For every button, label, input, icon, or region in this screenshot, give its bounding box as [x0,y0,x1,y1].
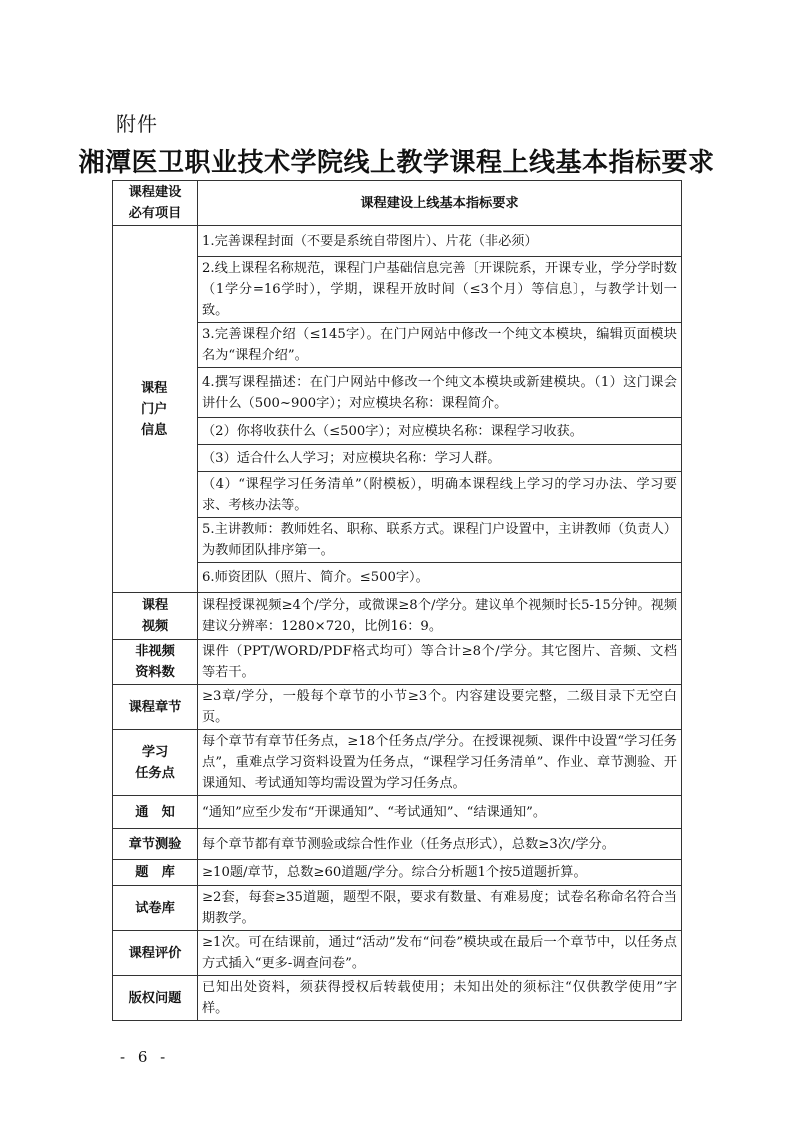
item-line: 学习 [117,742,193,763]
item-cell-question-bank: 题 库 [113,860,198,886]
item-line: 任务点 [117,763,193,784]
item-line: 非视频 [117,641,193,662]
requirement-cell: ≥10题/章节，总数≥60道题/学分。综合分析题1个按5道题折算。 [198,860,682,886]
item-line: 通 知 [117,802,193,823]
table-row: 非视频 资料数 课件（PPT/WORD/PDF格式均可）等合计≥8个/学分。其它… [113,640,682,685]
requirement-cell: 2.线上课程名称规范，课程门户基础信息完善〔开课院系，开课专业，学分学时数（1学… [198,257,682,323]
table-row: 4.撰写课程描述：在门户网站中修改一个纯文本模块或新建模块。（1）这门课会讲什么… [113,368,682,418]
requirement-cell: （2）你将收获什么（≤500字）；对应模块名称：课程学习收获。 [198,418,682,445]
item-line: 版权问题 [117,988,193,1009]
item-line: 课程章节 [117,697,193,718]
table-row: 学习 任务点 每个章节有章节任务点，≥18个任务点/学分。在授课视频、课件中设置… [113,730,682,796]
item-line: 章节测验 [117,834,193,855]
header-item-column: 课程建设 必有项目 [113,181,198,226]
table-row: 6.师资团队（照片、简介。≤500字）。 [113,563,682,593]
item-cell-chapters: 课程章节 [113,685,198,730]
table-header-row: 课程建设 必有项目 课程建设上线基本指标要求 [113,181,682,226]
requirement-cell: ≥3章/学分，一般每个章节的小节≥3个。内容建设要完整，二级目录下无空白页。 [198,685,682,730]
table-row: 5.主讲教师：教师姓名、职称、联系方式。课程门户设置中，主讲教师（负责人）为教师… [113,518,682,563]
item-line: 试卷库 [117,898,193,919]
requirement-cell: 已知出处资料，须获得授权后转载使用；未知出处的须标注“仅供教学使用”字样。 [198,976,682,1021]
table-row: 课程章节 ≥3章/学分，一般每个章节的小节≥3个。内容建设要完整，二级目录下无空… [113,685,682,730]
item-cell-video: 课程 视频 [113,593,198,640]
table-row: 版权问题 已知出处资料，须获得授权后转载使用；未知出处的须标注“仅供教学使用”字… [113,976,682,1021]
item-line: 课程评价 [117,943,193,964]
table-row: （3）适合什么人学习；对应模块名称：学习人群。 [113,445,682,472]
table-row: 通 知 “通知”应至少发布“开课通知”、“考试通知”、“结课通知”。 [113,796,682,829]
item-line: 视频 [117,616,193,637]
item-line: 课程 [141,378,193,399]
requirement-cell: 4.撰写课程描述：在门户网站中修改一个纯文本模块或新建模块。（1）这门课会讲什么… [198,368,682,418]
item-cell-course-evaluation: 课程评价 [113,931,198,976]
requirement-cell: 1.完善课程封面（不要是系统自带图片）、片花（非必须） [198,226,682,257]
requirement-cell: 每个章节有章节任务点，≥18个任务点/学分。在授课视频、课件中设置“学习任务点”… [198,730,682,796]
item-cell-notice: 通 知 [113,796,198,829]
item-line: 题 库 [117,862,193,883]
table-row: 题 库 ≥10题/章节，总数≥60道题/学分。综合分析题1个按5道题折算。 [113,860,682,886]
header-item-line: 课程建设 [117,182,193,203]
requirement-cell: 课程授课视频≥4个/学分，或微课≥8个/学分。建议单个视频时长5-15分钟。视频… [198,593,682,640]
header-requirement-column: 课程建设上线基本指标要求 [198,181,682,226]
item-line: 资料数 [117,662,193,683]
item-cell-portal: 课程 门户 信息 [113,226,198,593]
document-title: 湘潭医卫职业技术学院线上教学课程上线基本指标要求 [0,142,793,179]
table-row: 2.线上课程名称规范，课程门户基础信息完善〔开课院系，开课专业，学分学时数（1学… [113,257,682,323]
item-cell-exam-bank: 试卷库 [113,886,198,931]
table-row: 3.完善课程介绍（≤145字）。在门户网站中修改一个纯文本模块，编辑页面模块名为… [113,323,682,368]
item-cell-chapter-test: 章节测验 [113,829,198,860]
item-cell-task-points: 学习 任务点 [113,730,198,796]
item-line: 门户 [141,399,193,420]
item-cell-non-video: 非视频 资料数 [113,640,198,685]
requirement-cell: ≥2套，每套≥35道题，题型不限，要求有数量、有难易度；试卷名称命名符合当期教学… [198,886,682,931]
header-item-line: 必有项目 [117,203,193,224]
table-row: 课程评价 ≥1次。可在结课前，通过“活动”发布“问卷”模块或在最后一个章节中，以… [113,931,682,976]
requirement-cell: 每个章节都有章节测验或综合性作业（任务点形式），总数≥3次/学分。 [198,829,682,860]
requirement-cell: 3.完善课程介绍（≤145字）。在门户网站中修改一个纯文本模块，编辑页面模块名为… [198,323,682,368]
table-row: （2）你将收获什么（≤500字）；对应模块名称：课程学习收获。 [113,418,682,445]
requirement-cell: “通知”应至少发布“开课通知”、“考试通知”、“结课通知”。 [198,796,682,829]
requirement-cell: （3）适合什么人学习；对应模块名称：学习人群。 [198,445,682,472]
page-number: - 6 - [120,1048,169,1066]
table-row: 课程 视频 课程授课视频≥4个/学分，或微课≥8个/学分。建议单个视频时长5-1… [113,593,682,640]
requirement-cell: ≥1次。可在结课前，通过“活动”发布“问卷”模块或在最后一个章节中，以任务点方式… [198,931,682,976]
requirement-cell: （4）“课程学习任务清单”（附模板），明确本课程线上学习的学习办法、学习要求、考… [198,472,682,518]
attachment-label: 附件 [116,108,158,137]
requirement-cell: 6.师资团队（照片、简介。≤500字）。 [198,563,682,593]
item-line: 课程 [117,595,193,616]
requirement-cell: 5.主讲教师：教师姓名、职称、联系方式。课程门户设置中，主讲教师（负责人）为教师… [198,518,682,563]
item-line: 信息 [141,420,193,441]
table-row: 课程 门户 信息 1.完善课程封面（不要是系统自带图片）、片花（非必须） [113,226,682,257]
item-cell-copyright: 版权问题 [113,976,198,1021]
requirement-cell: 课件（PPT/WORD/PDF格式均可）等合计≥8个/学分。其它图片、音频、文档… [198,640,682,685]
table-row: （4）“课程学习任务清单”（附模板），明确本课程线上学习的学习办法、学习要求、考… [113,472,682,518]
table-row: 章节测验 每个章节都有章节测验或综合性作业（任务点形式），总数≥3次/学分。 [113,829,682,860]
requirements-table: 课程建设 必有项目 课程建设上线基本指标要求 课程 门户 信息 1.完善课程封面… [112,180,682,1021]
table-row: 试卷库 ≥2套，每套≥35道题，题型不限，要求有数量、有难易度；试卷名称命名符合… [113,886,682,931]
